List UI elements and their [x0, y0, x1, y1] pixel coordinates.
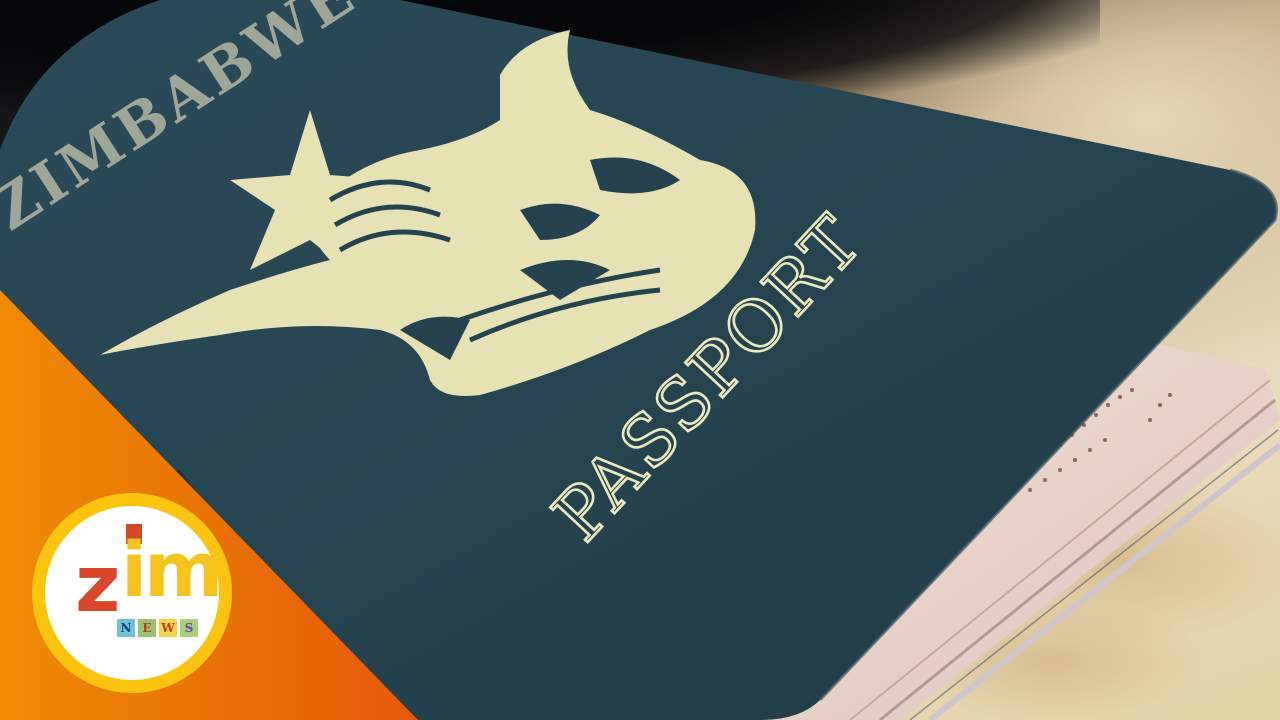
logo-letters-im: im: [121, 532, 220, 608]
logo-inner-circle: z im N E W S: [45, 506, 219, 680]
logo-news-s: S: [180, 619, 198, 637]
logo-letter-z: z: [75, 546, 118, 624]
logo-news-n: N: [117, 619, 135, 637]
zim-news-logo: z im N E W S: [32, 493, 232, 693]
logo-news-w: W: [159, 619, 177, 637]
photo-scene: ZIMBABWE PASSPORT: [0, 0, 1280, 720]
logo-news-e: E: [138, 619, 156, 637]
logo-news-tiles: N E W S: [117, 619, 198, 637]
